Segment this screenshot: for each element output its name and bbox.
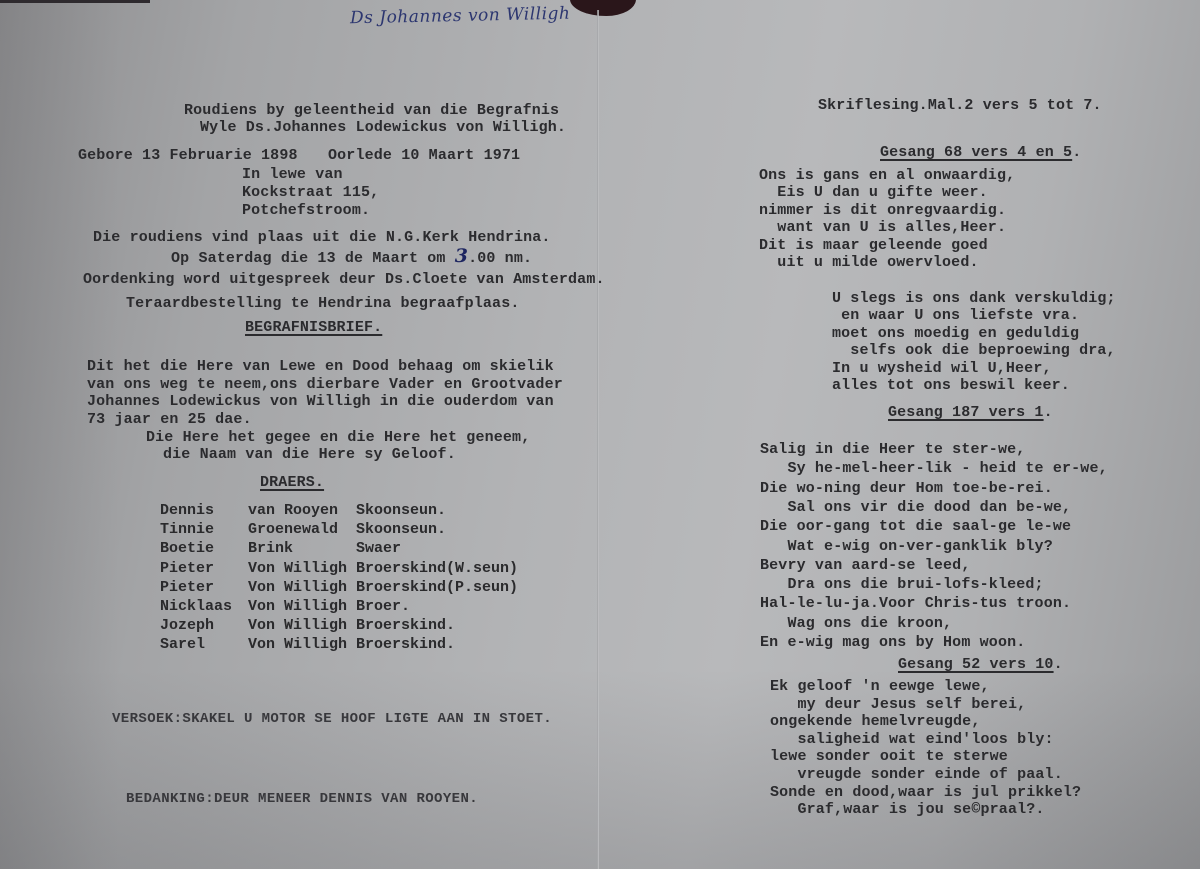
bearer-row: Dennisvan RooyenSkoonseun. [160,502,446,519]
heading-line-2: Wyle Ds.Johannes Lodewickus von Willigh. [200,120,566,135]
heading-line-1: Roudiens by geleentheid van die Begrafni… [184,103,559,118]
ink-blot [570,0,636,16]
hymn-1-title: Gesang 68 vers 4 en 5. [880,145,1081,160]
lyric-line: moet ons moedig en geduldig [832,326,1079,341]
bearers-title: DRAERS. [260,475,324,490]
lyric-line: saligheid wat eind'loos bly: [770,732,1054,747]
lyric-line: alles tot ons beswil keer. [832,378,1070,393]
lyric-line: Dra ons die brui-lofs-kleed; [760,577,1044,592]
lyric-line: Dit is maar geleende goed [759,238,988,253]
bearer-first-name: Pieter [160,560,248,577]
top-edge [0,0,150,3]
bearer-relation: Broerskind. [356,636,455,653]
lyric-line: En e-wig mag ons by Hom woon. [760,635,1025,650]
address-line: Potchefstroom. [242,203,370,218]
hymn-3-title: Gesang 52 vers 10. [898,657,1063,672]
address-line: Kockstraat 115, [242,185,379,200]
bearer-row: BoetieBrinkSwaer [160,540,401,557]
thanks-note: BEDANKING:DEUR MENEER DENNIS VAN ROOYEN. [126,792,478,806]
bearer-surname: Groenewald [248,521,356,538]
lyric-line: Graf,waar is jou se©praal?. [770,802,1045,817]
bearer-relation: Broer. [356,598,410,615]
bearer-row: JozephVon WillighBroerskind. [160,617,455,634]
bearer-relation: Skoonseun. [356,502,446,519]
bearer-first-name: Sarel [160,636,248,653]
hymn-2-title-text: Gesang 187 vers 1 [888,404,1044,421]
hymn-3-title-text: Gesang 52 vers 10 [898,656,1054,673]
lyric-line: lewe sonder ooit te sterwe [770,749,1008,764]
bearer-first-name: Jozeph [160,617,248,634]
bearer-first-name: Boetie [160,540,248,557]
lyric-line: In u wysheid wil U,Heer, [832,361,1052,376]
lyric-line: Sonde en dood,waar is jul prikkel? [770,785,1081,800]
lyric-line: Salig in die Heer te ster-we, [760,442,1025,457]
burial-line: Teraardbestelling te Hendrina begraafpla… [126,296,520,311]
lyric-line: Eis U dan u gifte weer. [759,185,988,200]
lyric-line: Ons is gans en al onwaardig, [759,168,1015,183]
bearer-relation: Broerskind. [356,617,455,634]
paper-shade-left [0,0,120,869]
lyric-line: U slegs is ons dank verskuldig; [832,291,1116,306]
handwritten-hour: 3 [455,245,468,267]
service-time-prefix: Op Saterdag die 13 de Maart om [171,250,455,267]
paper-fold [597,10,599,869]
bearer-surname: Von Willigh [248,598,356,615]
service-place: Die roudiens vind plaas uit die N.G.Kerk… [93,230,551,245]
lyric-line: ongekende hemelvreugde, [770,714,980,729]
death-date: Oorlede 10 Maart 1971 [328,148,520,163]
lyric-line: my deur Jesus self berei, [770,697,1026,712]
bearer-first-name: Nicklaas [160,598,248,615]
lyric-line: nimmer is dit onregvaardig. [759,203,1006,218]
service-time: Op Saterdag die 13 de Maart om 3.00 nm. [171,247,532,266]
bearer-surname: Von Willigh [248,636,356,653]
bearer-row: TinnieGroenewaldSkoonseun. [160,521,446,538]
bearer-first-name: Dennis [160,502,248,519]
bearer-first-name: Pieter [160,579,248,596]
lyric-line: Hal-le-lu-ja.Voor Chris-tus troon. [760,596,1071,611]
bearer-relation: Broerskind(W.seun) [356,560,518,577]
verse-line: die Naam van die Here sy Geloof. [163,447,456,462]
hymn-1-title-text: Gesang 68 vers 4 en 5 [880,144,1072,161]
bearer-row: PieterVon WillighBroerskind(P.seun) [160,579,518,596]
lyric-line: Bevry van aard-se leed, [760,558,970,573]
lyric-line: en waar U ons liefste vra. [832,308,1079,323]
lyric-line: Die wo-ning deur Hom toe-be-rei. [760,481,1053,496]
bearer-row: SarelVon WillighBroerskind. [160,636,455,653]
lyric-line: Sal ons vir die dood dan be-we, [760,500,1071,515]
bearer-relation: Skoonseun. [356,521,446,538]
lyric-line: Die oor-gang tot die saal-ge le-we [760,519,1071,534]
scripture-reading: Skriflesing.Mal.2 vers 5 tot 7. [818,98,1102,113]
bearer-surname: Brink [248,540,356,557]
bearer-surname: Von Willigh [248,579,356,596]
lyric-line: selfs ook die beproewing dra, [832,343,1116,358]
sermon-line: Oordenking word uitgespreek deur Ds.Cloe… [83,272,605,287]
lyric-line: vreugde sonder einde of paal. [770,767,1063,782]
bearer-row: PieterVon WillighBroerskind(W.seun) [160,560,518,577]
verse-line: Die Here het gegee en die Here het genee… [146,430,530,445]
letter-line: van ons weg te neem,ons dierbare Vader e… [87,377,563,392]
letter-title: BEGRAFNISBRIEF. [245,320,382,335]
request-note: VERSOEK:SKAKEL U MOTOR SE HOOF LIGTE AAN… [112,712,552,726]
birth-date: Gebore 13 Februarie 1898 [78,148,298,163]
letter-line: Dit het die Here van Lewe en Dood behaag… [87,359,554,374]
lyric-line: Wag ons die kroon, [760,616,952,631]
letter-line: 73 jaar en 25 dae. [87,412,252,427]
bearer-row: NicklaasVon WillighBroer. [160,598,410,615]
bearer-relation: Swaer [356,540,401,557]
lyric-line: uit u milde owervloed. [759,255,979,270]
lyric-line: Wat e-wig on-ver-ganklik bly? [760,539,1053,554]
bearer-surname: van Rooyen [248,502,356,519]
bearer-surname: Von Willigh [248,617,356,634]
bearer-surname: Von Willigh [248,560,356,577]
bearer-relation: Broerskind(P.seun) [356,579,518,596]
letter-line: Johannes Lodewickus von Willigh in die o… [87,394,554,409]
address-line: In lewe van [242,167,343,182]
handwritten-title: Ds Johannes von Willigh [350,4,571,29]
lyric-line: want van U is alles,Heer. [759,220,1006,235]
bearer-first-name: Tinnie [160,521,248,538]
service-time-suffix: .00 nm. [468,250,532,267]
lyric-line: Ek geloof 'n eewge lewe, [770,679,990,694]
lyric-line: Sy he-mel-heer-lik - heid te er-we, [760,461,1108,476]
hymn-2-title: Gesang 187 vers 1. [888,405,1053,420]
